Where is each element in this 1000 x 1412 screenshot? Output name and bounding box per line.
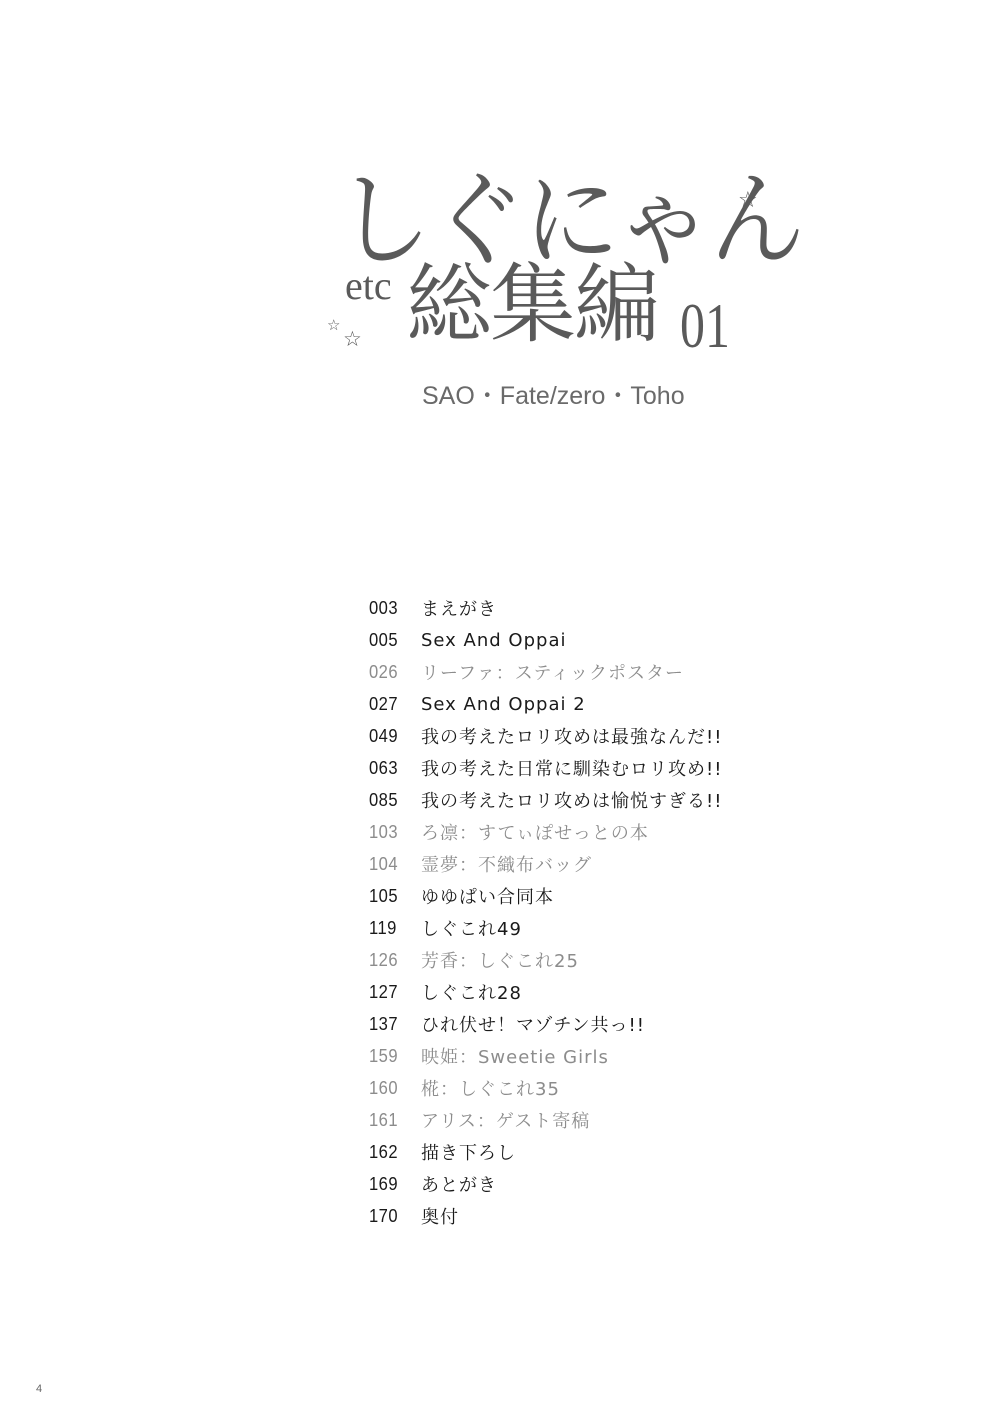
toc-title: 椛：しぐこれ35 — [421, 1075, 560, 1101]
toc-page-number: 161 — [369, 1110, 417, 1131]
toc-page-number: 119 — [369, 918, 417, 939]
toc-title: あとがき — [421, 1171, 497, 1197]
toc-page-number: 126 — [369, 950, 417, 971]
toc-title: Sex And Oppai — [421, 630, 566, 651]
toc-entry: 063我の考えた日常に馴染むロリ攻め!! — [369, 752, 789, 784]
toc-page-number: 105 — [369, 886, 417, 907]
toc-title: 我の考えた日常に馴染むロリ攻め!! — [421, 755, 722, 781]
toc-entry: 169あとがき — [369, 1168, 789, 1200]
toc-title: アリス：ゲスト寄稿 — [421, 1107, 590, 1133]
toc-entry: 003まえがき — [369, 592, 789, 624]
star-icon: ☆ — [327, 318, 340, 333]
toc-entry: 026リーファ：スティックポスター — [369, 656, 789, 688]
toc-entry: 160椛：しぐこれ35 — [369, 1072, 789, 1104]
star-icon: ☆ — [343, 329, 362, 350]
toc-page-number: 085 — [369, 790, 417, 811]
toc-title: 芳香：しぐこれ25 — [421, 947, 579, 973]
cover-volume-number: 01 — [680, 294, 730, 358]
toc-entry: 103ろ凛：すてぃぽせっとの本 — [369, 816, 789, 848]
toc-title: 霊夢：不織布バッグ — [421, 851, 592, 877]
toc-title: しぐこれ49 — [421, 915, 522, 941]
toc-page-number: 160 — [369, 1078, 417, 1099]
series-subtitle: SAO・Fate/zero・Toho — [422, 376, 685, 412]
toc-title: しぐこれ28 — [421, 979, 522, 1005]
toc-title: まえがき — [421, 595, 497, 621]
toc-entry: 049我の考えたロリ攻めは最強なんだ!! — [369, 720, 789, 752]
toc-page-number: 169 — [369, 1174, 417, 1195]
toc-entry: 105ゆゆぱい合同本 — [369, 880, 789, 912]
toc-entry: 126芳香：しぐこれ25 — [369, 944, 789, 976]
toc-page-number: 162 — [369, 1142, 417, 1163]
toc-entry: 027Sex And Oppai 2 — [369, 688, 789, 720]
toc-entry: 159映姫：Sweetie Girls — [369, 1040, 789, 1072]
toc-page-number: 027 — [369, 694, 417, 715]
toc-entry: 005Sex And Oppai — [369, 624, 789, 656]
cover-title-etc: etc — [345, 266, 392, 306]
toc-page-number: 003 — [369, 598, 417, 619]
page-folio-number: 4 — [36, 1383, 42, 1395]
toc-entry: 137ひれ伏せ！マゾチン共っ!! — [369, 1008, 789, 1040]
toc-entry: 170奥付 — [369, 1200, 789, 1232]
toc-page-number: 049 — [369, 726, 417, 747]
toc-title: 奥付 — [421, 1203, 459, 1229]
toc-page-number: 159 — [369, 1046, 417, 1067]
toc-title: 描き下ろし — [421, 1139, 516, 1165]
toc-page-number: 170 — [369, 1206, 417, 1227]
toc-entry: 119しぐこれ49 — [369, 912, 789, 944]
toc-page-number: 104 — [369, 854, 417, 875]
star-icon: ☆ — [738, 190, 758, 212]
toc-page-number: 137 — [369, 1014, 417, 1035]
toc-title: ろ凛：すてぃぽせっとの本 — [421, 819, 649, 845]
toc-entry: 162描き下ろし — [369, 1136, 789, 1168]
toc-title: ゆゆぱい合同本 — [421, 883, 554, 909]
toc-title: 我の考えたロリ攻めは愉悦すぎる!! — [421, 787, 722, 813]
table-of-contents: 003まえがき 005Sex And Oppai 026リーファ：スティックポス… — [369, 592, 789, 1232]
toc-page-number: 063 — [369, 758, 417, 779]
toc-title: 我の考えたロリ攻めは最強なんだ!! — [421, 723, 722, 749]
toc-title: 映姫：Sweetie Girls — [421, 1043, 609, 1069]
toc-entry: 161アリス：ゲスト寄稿 — [369, 1104, 789, 1136]
toc-page-number: 103 — [369, 822, 417, 843]
toc-entry: 085我の考えたロリ攻めは愉悦すぎる!! — [369, 784, 789, 816]
toc-page-number: 127 — [369, 982, 417, 1003]
toc-page-number: 005 — [369, 630, 417, 651]
toc-title: ひれ伏せ！マゾチン共っ!! — [421, 1011, 645, 1037]
toc-title: Sex And Oppai 2 — [421, 694, 586, 715]
document-page: しぐにゃん ☆ etc 総集編 01 ☆ ☆ SAO・Fate/zero・Toh… — [0, 0, 1000, 1412]
toc-entry: 104霊夢：不織布バッグ — [369, 848, 789, 880]
toc-page-number: 026 — [369, 662, 417, 683]
toc-title: リーファ：スティックポスター — [421, 659, 684, 685]
cover-title-sub: 総集編 — [406, 262, 658, 348]
toc-entry: 127しぐこれ28 — [369, 976, 789, 1008]
